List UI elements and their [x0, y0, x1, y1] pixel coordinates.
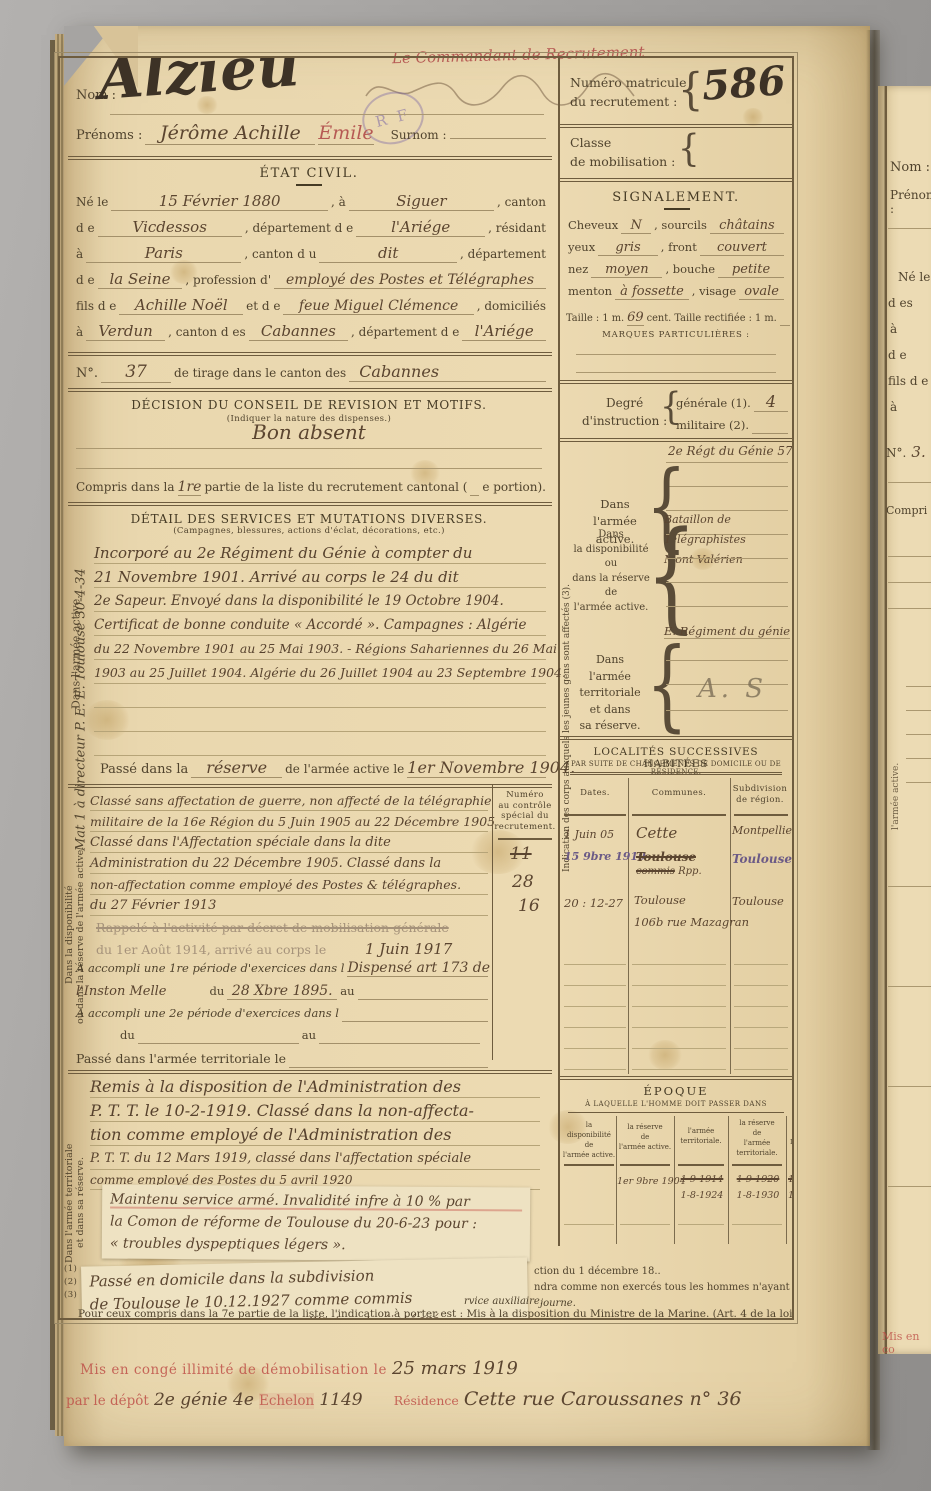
decision-value: Bon absent — [60, 420, 558, 444]
services-entry-line: Incorporé au 2e Régiment du Génie à comp… — [94, 540, 546, 564]
etat-civil-line5: fils d e Achille Noël et d e feue Miguel… — [76, 296, 546, 315]
blank — [319, 1024, 480, 1044]
blank — [358, 980, 488, 1000]
signalement-row1: Cheveux N , sourcils châtains — [568, 218, 784, 234]
next-rule — [888, 1186, 931, 1187]
localites-r1-commune: Cette — [636, 824, 677, 842]
blank — [752, 414, 788, 434]
margin-label-armee-active: Dans l'armée active. — [68, 544, 84, 760]
services-entry-line: 21 Novembre 1901. Arrivé au corps le 24 … — [94, 564, 546, 588]
next-rule — [888, 1086, 931, 1087]
value: 1re — [178, 479, 202, 496]
section-rule — [68, 784, 552, 788]
stamp-label: Résidence — [394, 1393, 459, 1408]
matricule-value: 586 — [700, 57, 787, 110]
reserve-entry-line: Classé dans l'Affectation spéciale dans … — [90, 832, 488, 853]
decision-line — [76, 448, 542, 449]
scanned-military-register: { "annotations": { "top_red": "Le Comman… — [0, 0, 931, 1491]
epoque-date-header: DATE de la LIBÉRAT du ser milita — [788, 1118, 794, 1167]
epoque-title: ÉPOQUE — [560, 1084, 792, 1098]
surnom-label: Surnom : — [391, 128, 447, 142]
value: 3. — [911, 443, 925, 461]
stamp-value: 25 mars 1919 — [392, 1358, 518, 1379]
label: Compris dans la — [76, 480, 175, 494]
rule — [560, 124, 792, 128]
footnote-fragment: rvice auxiliaire. — [464, 1296, 543, 1307]
demob-stamp-line1: Mis en congé illimité de démobilisation … — [80, 1358, 518, 1379]
value: 15 Février 1880 — [111, 192, 328, 211]
reserve-entry-line: non-affectation comme employé des Postes… — [90, 874, 488, 895]
label: , à — [331, 195, 346, 209]
blank — [138, 1024, 299, 1044]
label: , canton d es — [168, 325, 246, 339]
corps-dispo-label: Dans la disponibilité ou dans la réserve… — [572, 528, 650, 615]
header-underline — [734, 814, 788, 816]
signalement-row4: menton à fossette , visage ovale — [568, 284, 784, 300]
territorial-entry-line: P. T. T. le 10-2-1919. Classé dans la no… — [90, 1098, 540, 1122]
reserve-entry-line: Classé sans affectation de guerre, non a… — [90, 790, 488, 811]
ruled-line — [666, 710, 788, 711]
nom-value: Alzieu — [96, 56, 301, 113]
localites-r2-commune2: commis Rpp. — [636, 866, 702, 877]
corps-terr-brace: { — [646, 636, 688, 735]
next-d1: d es — [888, 296, 913, 310]
label: nez — [568, 262, 588, 276]
services-subtitle: (Campagnes, blessures, actions d'éclat, … — [60, 526, 558, 536]
prenoms-value: Jérôme Achille — [145, 122, 315, 145]
next-a1: à — [890, 322, 897, 336]
marques-line — [576, 354, 776, 355]
value: moyen — [591, 262, 662, 278]
epoque-col2-header: la réserve de l'armée active. — [616, 1122, 674, 1152]
classe-label: Classe de mobilisation : — [570, 134, 675, 172]
footnote-fragment: ndra comme non exercés tous les hommes n… — [534, 1282, 794, 1293]
value: la Seine — [98, 270, 183, 289]
ruled-line — [666, 660, 788, 661]
empty-ruled-area — [732, 1204, 782, 1244]
controle-header-rule — [498, 838, 552, 840]
epoque-v4-old: 1-9-1920 — [729, 1174, 787, 1185]
next-rule — [906, 758, 931, 759]
header-underline — [564, 814, 626, 816]
epoque-table: la disponibilité de l'armée active. la r… — [562, 1116, 794, 1244]
label: N°. — [76, 366, 98, 381]
label: du — [120, 1028, 135, 1042]
epoque-v3-new: 1-8-1924 — [675, 1190, 729, 1201]
empty-ruled-area — [620, 1204, 670, 1244]
blank — [342, 1002, 488, 1022]
section-rule — [68, 388, 552, 392]
next-d2: d e — [888, 348, 907, 362]
value: Cabannes — [349, 362, 546, 382]
ruled-line — [666, 606, 788, 607]
passe-reserve-row: Passé dans la réserve de l'armée active … — [100, 758, 546, 778]
territorial-entry-line: tion comme employé de l'Administration d… — [90, 1122, 540, 1146]
value: Verdun — [86, 322, 165, 341]
reserve-entry-line: du 27 Février 1913 — [90, 895, 488, 916]
label: , profession d' — [185, 273, 271, 287]
next-frame-line — [884, 86, 887, 1354]
label: , bouche — [665, 262, 715, 276]
next-nom: Nom : C — [890, 156, 931, 176]
marques-label: MARQUES PARTICULIÈRES : — [560, 330, 792, 340]
label: partie de la liste du recrutement canton… — [204, 480, 467, 494]
localites-r3-subdiv: Toulouse — [732, 894, 784, 908]
footnote-fragment: ction du 1 décembre 18.. — [534, 1266, 661, 1277]
label: Taille : 1 m. — [566, 313, 624, 324]
label: générale (1). — [676, 396, 751, 410]
localites-header-communes: Communes. — [628, 788, 730, 798]
controle-column-line — [492, 784, 493, 1060]
next-rule — [906, 734, 931, 735]
blank — [289, 1048, 488, 1068]
marques-line — [576, 372, 776, 373]
value: Vicdessos — [98, 218, 242, 237]
col-line — [628, 778, 629, 1074]
prenoms-label: Prénoms : — [76, 128, 142, 143]
localites-table: Dates. Communes. Subdivision de région. … — [562, 778, 790, 1074]
localites-subtitle-rule — [570, 772, 782, 775]
localites-r2-subdiv: Toulouse — [732, 852, 792, 866]
stamp-label: Echelon — [259, 1393, 314, 1409]
instruction-militaire: militaire (2). — [676, 414, 788, 434]
matricule-label: Numéro matricule du recrutement : — [570, 74, 686, 112]
label: A accompli une 2e période d'exercices da… — [76, 1006, 339, 1020]
value: Paris — [86, 244, 241, 263]
localites-r2-commune: Toulouse — [636, 850, 696, 864]
footnote-marker-2: (2) — [64, 1277, 77, 1287]
label: e portion). — [482, 480, 546, 494]
title-dash — [664, 208, 690, 210]
value: Rpp. — [678, 866, 702, 877]
value: Siguer — [349, 192, 494, 211]
services-entry: Incorporé au 2e Régiment du Génie à comp… — [94, 540, 546, 756]
label: au — [302, 1028, 316, 1042]
value: Dispensé art 173 de — [347, 960, 488, 977]
section-rule — [68, 352, 552, 356]
signalement-row2: yeux gris , front couvert — [568, 240, 784, 256]
tirage-row: N°. 37 de tirage dans le canton des Caba… — [76, 362, 546, 383]
value: 1 Juin 1917 — [329, 940, 488, 958]
label: du — [209, 984, 224, 998]
stamp-label: Mis en congé illimité de démobilisation … — [80, 1362, 387, 1378]
stamp-value: Cette rue Caroussanes n° 36 — [464, 1388, 742, 1410]
ruled-line — [666, 582, 788, 583]
value: employé des Postes et Télégraphes — [274, 272, 546, 289]
label: Cheveux — [568, 218, 618, 232]
territorial-entry: Remis à la disposition de l'Administrati… — [90, 1074, 540, 1190]
empty-ruled-area — [564, 1204, 614, 1244]
epoque-v4-new: 1-8-1930 — [729, 1190, 787, 1201]
label: à — [76, 325, 83, 339]
label: du 1er Août 1914, arrivé au corps le — [96, 942, 326, 957]
next-page-sliver: Nom : C Prénoms : Né le d es à d e fils … — [878, 86, 931, 1354]
section-rule — [68, 502, 552, 506]
header-underline — [620, 1164, 670, 1166]
empty-ruled-area — [734, 944, 788, 1070]
value: châtains — [710, 218, 784, 234]
rule — [560, 380, 792, 384]
value: 4 — [754, 392, 788, 412]
etat-civil-line4: d e la Seine , profession d' employé des… — [76, 270, 546, 289]
blank — [470, 476, 479, 496]
services-entry-line: du 22 Novembre 1901 au 25 Mai 1903. - Ré… — [94, 636, 546, 660]
value: l'Inston Melle — [76, 984, 166, 999]
corps-dispo-brace: { — [646, 516, 697, 636]
form-frame: Nom : Alzieu Prénoms : Jérôme Achille Ém… — [54, 52, 798, 1324]
value: feue Miguel Clémence — [283, 298, 473, 315]
epoque-v2: 1er 9bre 1904 — [617, 1176, 675, 1187]
epoque-subtitle-rule — [568, 1112, 784, 1114]
prenoms-value-red: Émile — [318, 122, 373, 145]
classe-brace: { — [678, 130, 700, 167]
decision-title: DÉCISION DU CONSEIL DE REVISION ET MOTIF… — [60, 398, 558, 412]
territorial-entry-line: Remis à la disposition de l'Administrati… — [90, 1074, 540, 1098]
ruled-empty-line — [94, 708, 546, 732]
etat-civil-line3: à Paris , canton d u dit , département — [76, 244, 546, 263]
localites-header-subdiv: Subdivision de région. — [730, 784, 790, 806]
next-a2: à — [890, 400, 897, 414]
nom-underline — [110, 114, 544, 115]
header-underline — [678, 1164, 724, 1166]
value: couvert — [700, 240, 784, 256]
epoque-subtitle: À LAQUELLE L'HOMME DOIT PASSER DANS — [560, 1100, 792, 1108]
next-nele: Né le — [898, 270, 930, 284]
label: A accompli une 1re période d'exercices d… — [76, 961, 344, 975]
next-rule — [906, 710, 931, 711]
label: , visage — [692, 284, 736, 298]
next-rule — [888, 986, 931, 987]
value: 37 — [101, 362, 171, 383]
rule — [560, 438, 792, 442]
epoque-v5-old: 1-9-1 — [788, 1174, 794, 1185]
label: , département — [460, 247, 546, 261]
epoque-col4-header: la réserve de l'armée territoriale. — [728, 1118, 786, 1159]
value: à fossette — [615, 284, 689, 300]
next-compris: Compri — [886, 504, 927, 517]
services-title: DÉTAIL DES SERVICES ET MUTATIONS DIVERSE… — [60, 512, 558, 526]
label: de tirage dans le canton des — [174, 366, 346, 380]
epoque-col1-header: la disponibilité de l'armée active. — [562, 1120, 616, 1161]
surnom-blank — [450, 138, 546, 139]
form-frame-inner: Nom : Alzieu Prénoms : Jérôme Achille Ém… — [58, 56, 794, 1320]
value: réserve — [191, 758, 282, 778]
corps-terr-pencil-value: A. S — [698, 674, 767, 704]
value: Cabannes — [249, 322, 348, 341]
label: , canton — [497, 195, 546, 209]
label: , département d e — [351, 325, 459, 339]
next-mis-red: Mis en co — [882, 1330, 931, 1356]
periode2-row2: du au — [120, 1024, 480, 1044]
epoque-v3-old: 1-9-1914 — [675, 1174, 729, 1185]
next-fils: fils d e — [888, 374, 928, 388]
controle-value-1: 11 — [510, 844, 532, 864]
controle-value-2: 28 — [512, 872, 534, 892]
instruction-generale: générale (1). 4 — [676, 392, 788, 412]
periode1-row: A accompli une 1re période d'exercices d… — [76, 960, 488, 977]
header-underline — [564, 1164, 614, 1166]
pasted-slip-medical: Maintenu service armé. Invalidité infre … — [102, 1185, 531, 1262]
next-rule — [888, 582, 931, 583]
localites-r3-date: 20 : 12-27 — [564, 896, 623, 910]
value: 1er Novembre 1904. — [407, 758, 546, 778]
ruled-line — [666, 558, 788, 559]
slip-line: la Comon de réforme de Toulouse du 20-6-… — [110, 1211, 522, 1236]
corps-active-value: 2e Régt du Génie 5757 — [668, 444, 794, 458]
label: N°. — [886, 446, 906, 460]
next-rule — [906, 686, 931, 687]
empty-ruled-area — [632, 944, 726, 1070]
label: au — [340, 984, 354, 998]
rule — [560, 736, 792, 740]
label: de l'armée active le — [285, 762, 404, 776]
slip-line: « troubles dyspeptiques légers ». — [110, 1233, 522, 1258]
label: , front — [661, 240, 697, 254]
next-rule — [888, 886, 931, 887]
title-dash — [296, 184, 322, 186]
value: l'Ariége — [356, 218, 485, 237]
demob-stamp-line2: par le dépôt 2e génie 4e Echelon 1149 Ré… — [66, 1388, 742, 1410]
matricule-brace: { — [678, 68, 703, 112]
value: dit — [319, 244, 457, 263]
etat-civil-line6: à Verdun , canton d es Cabannes , départ… — [76, 322, 546, 341]
stamp-label: par le dépôt — [66, 1393, 149, 1409]
signalement-title: SIGNALEMENT. — [560, 190, 792, 205]
compris-row: Compris dans la 1re partie de la liste d… — [76, 476, 546, 496]
value: Achille Noël — [119, 296, 243, 315]
next-vertical-label: l'armée active. — [890, 646, 902, 946]
header-rule — [68, 156, 552, 160]
rappele-line1: Rappelé à l'activité par décret de mobil… — [96, 920, 449, 935]
value: l'Ariége — [462, 322, 546, 341]
label: à — [76, 247, 83, 261]
territoriale-row: Passé dans l'armée territoriale le — [76, 1048, 488, 1068]
decision-line — [76, 468, 542, 469]
value: petite — [718, 262, 784, 278]
next-rule — [888, 556, 931, 557]
value: gris — [598, 240, 658, 256]
localites-r2-date: 15 9bre 1919 — [564, 850, 646, 863]
label: Né le — [76, 195, 108, 209]
label: militaire (2). — [676, 418, 749, 432]
empty-ruled-area — [678, 1204, 724, 1244]
footnote-marker-1: (1) — [64, 1264, 77, 1274]
footnote-last: Pour ceux compris dans la 7e partie de l… — [78, 1308, 788, 1320]
etat-civil-line2: d e Vicdessos , département d e l'Ariége… — [76, 218, 546, 237]
label: fils d e — [76, 299, 116, 313]
header-underline — [632, 814, 726, 816]
rule — [560, 178, 792, 182]
stamp-value: 2e génie 4e — [154, 1390, 254, 1410]
stamp-value: 1149 — [319, 1390, 362, 1410]
rule — [560, 1076, 792, 1080]
taille-row: Taille : 1 m. 69 cent. Taille rectifiée … — [566, 306, 788, 326]
label: Nom : — [890, 160, 931, 175]
next-rule — [906, 782, 931, 783]
value-struck: commis — [636, 866, 675, 877]
corps-terr-label: Dans l'armée territoriale et dans sa rés… — [574, 652, 646, 735]
label: , domiciliés — [477, 299, 546, 313]
next-rule — [888, 482, 931, 483]
label: , résidant — [488, 221, 546, 235]
reserve-entry-line: Administration du 22 Décembre 1905. Clas… — [90, 853, 488, 874]
slip-line: Maintenu service armé. Invalidité infre … — [110, 1189, 522, 1214]
footnote-marker-3: (3) — [64, 1290, 77, 1300]
label: cent. Taille rectifiée : 1 m. — [647, 313, 777, 324]
localites-r1-date: 1 Juin 05 — [564, 828, 614, 841]
controle-value-3: 16 — [518, 896, 540, 916]
label: , département d e — [245, 221, 353, 235]
ruled-empty-line — [94, 732, 546, 756]
margin-label-disponibilite: Dans la disponibilité ou dans la réserve… — [62, 790, 88, 1080]
signalement-row3: nez moyen , bouche petite — [568, 262, 784, 278]
periode2-row: A accompli une 2e période d'exercices da… — [76, 1002, 488, 1022]
instruction-label: Degré d'instruction : — [582, 394, 667, 430]
label: , sourcils — [654, 218, 707, 232]
ruled-empty-line — [94, 684, 546, 708]
empty-ruled-area — [564, 944, 626, 1070]
next-rule — [888, 228, 931, 229]
reserve-entry: Classé sans affectation de guerre, non a… — [90, 790, 488, 916]
label: yeux — [568, 240, 595, 254]
localites-header-dates: Dates. — [562, 788, 628, 798]
services-entry-line: 2e Sapeur. Envoyé dans la disponibilité … — [94, 588, 546, 612]
label: et d e — [246, 299, 280, 313]
territorial-entry-line: P. T. T. du 12 Mars 1919, classé dans l'… — [90, 1146, 540, 1170]
next-rule — [888, 608, 931, 609]
rappele-line2: du 1er Août 1914, arrivé au corps le 1 J… — [96, 940, 488, 958]
label: d e — [76, 221, 95, 235]
label: d e — [76, 273, 95, 287]
prenoms-row: Prénoms : Jérôme Achille Émile Surnom : — [76, 122, 546, 145]
value: N — [621, 218, 651, 234]
label: Passé dans la — [100, 762, 188, 777]
label: menton — [568, 284, 612, 298]
controle-header: Numéro au contrôle spécial du recrutemen… — [494, 790, 556, 833]
label: Passé dans l'armée territoriale le — [76, 1051, 286, 1066]
label: , canton d u — [244, 247, 316, 261]
services-entry-line: Certificat de bonne conduite « Accordé »… — [94, 612, 546, 636]
etat-civil-title: ÉTAT CIVIL. — [60, 166, 558, 181]
services-entry-line: 1903 au 25 Juillet 1904. Algérie du 26 J… — [94, 660, 546, 684]
localites-r1-subdiv: Montpellier — [732, 824, 794, 837]
epoque-v5-new: 1-1-19 — [788, 1190, 794, 1201]
epoque-col3-header: l'armée territoriale. — [674, 1126, 728, 1146]
next-prenoms: Prénoms : — [890, 188, 931, 216]
next-no: N°. 3. — [886, 442, 926, 461]
etat-civil-line1: Né le 15 Février 1880 , à Siguer , canto… — [76, 192, 546, 211]
periode1-row2: l'Inston Melle du 28 Xbre 1895. au — [76, 980, 488, 1000]
reserve-entry-line: militaire de la 16e Région du 5 Juin 190… — [90, 811, 488, 832]
value: 28 Xbre 1895. — [227, 983, 337, 1000]
header-underline — [732, 1164, 782, 1166]
value: ovale — [739, 284, 784, 300]
blank — [780, 306, 790, 326]
value: 69 — [627, 310, 644, 326]
